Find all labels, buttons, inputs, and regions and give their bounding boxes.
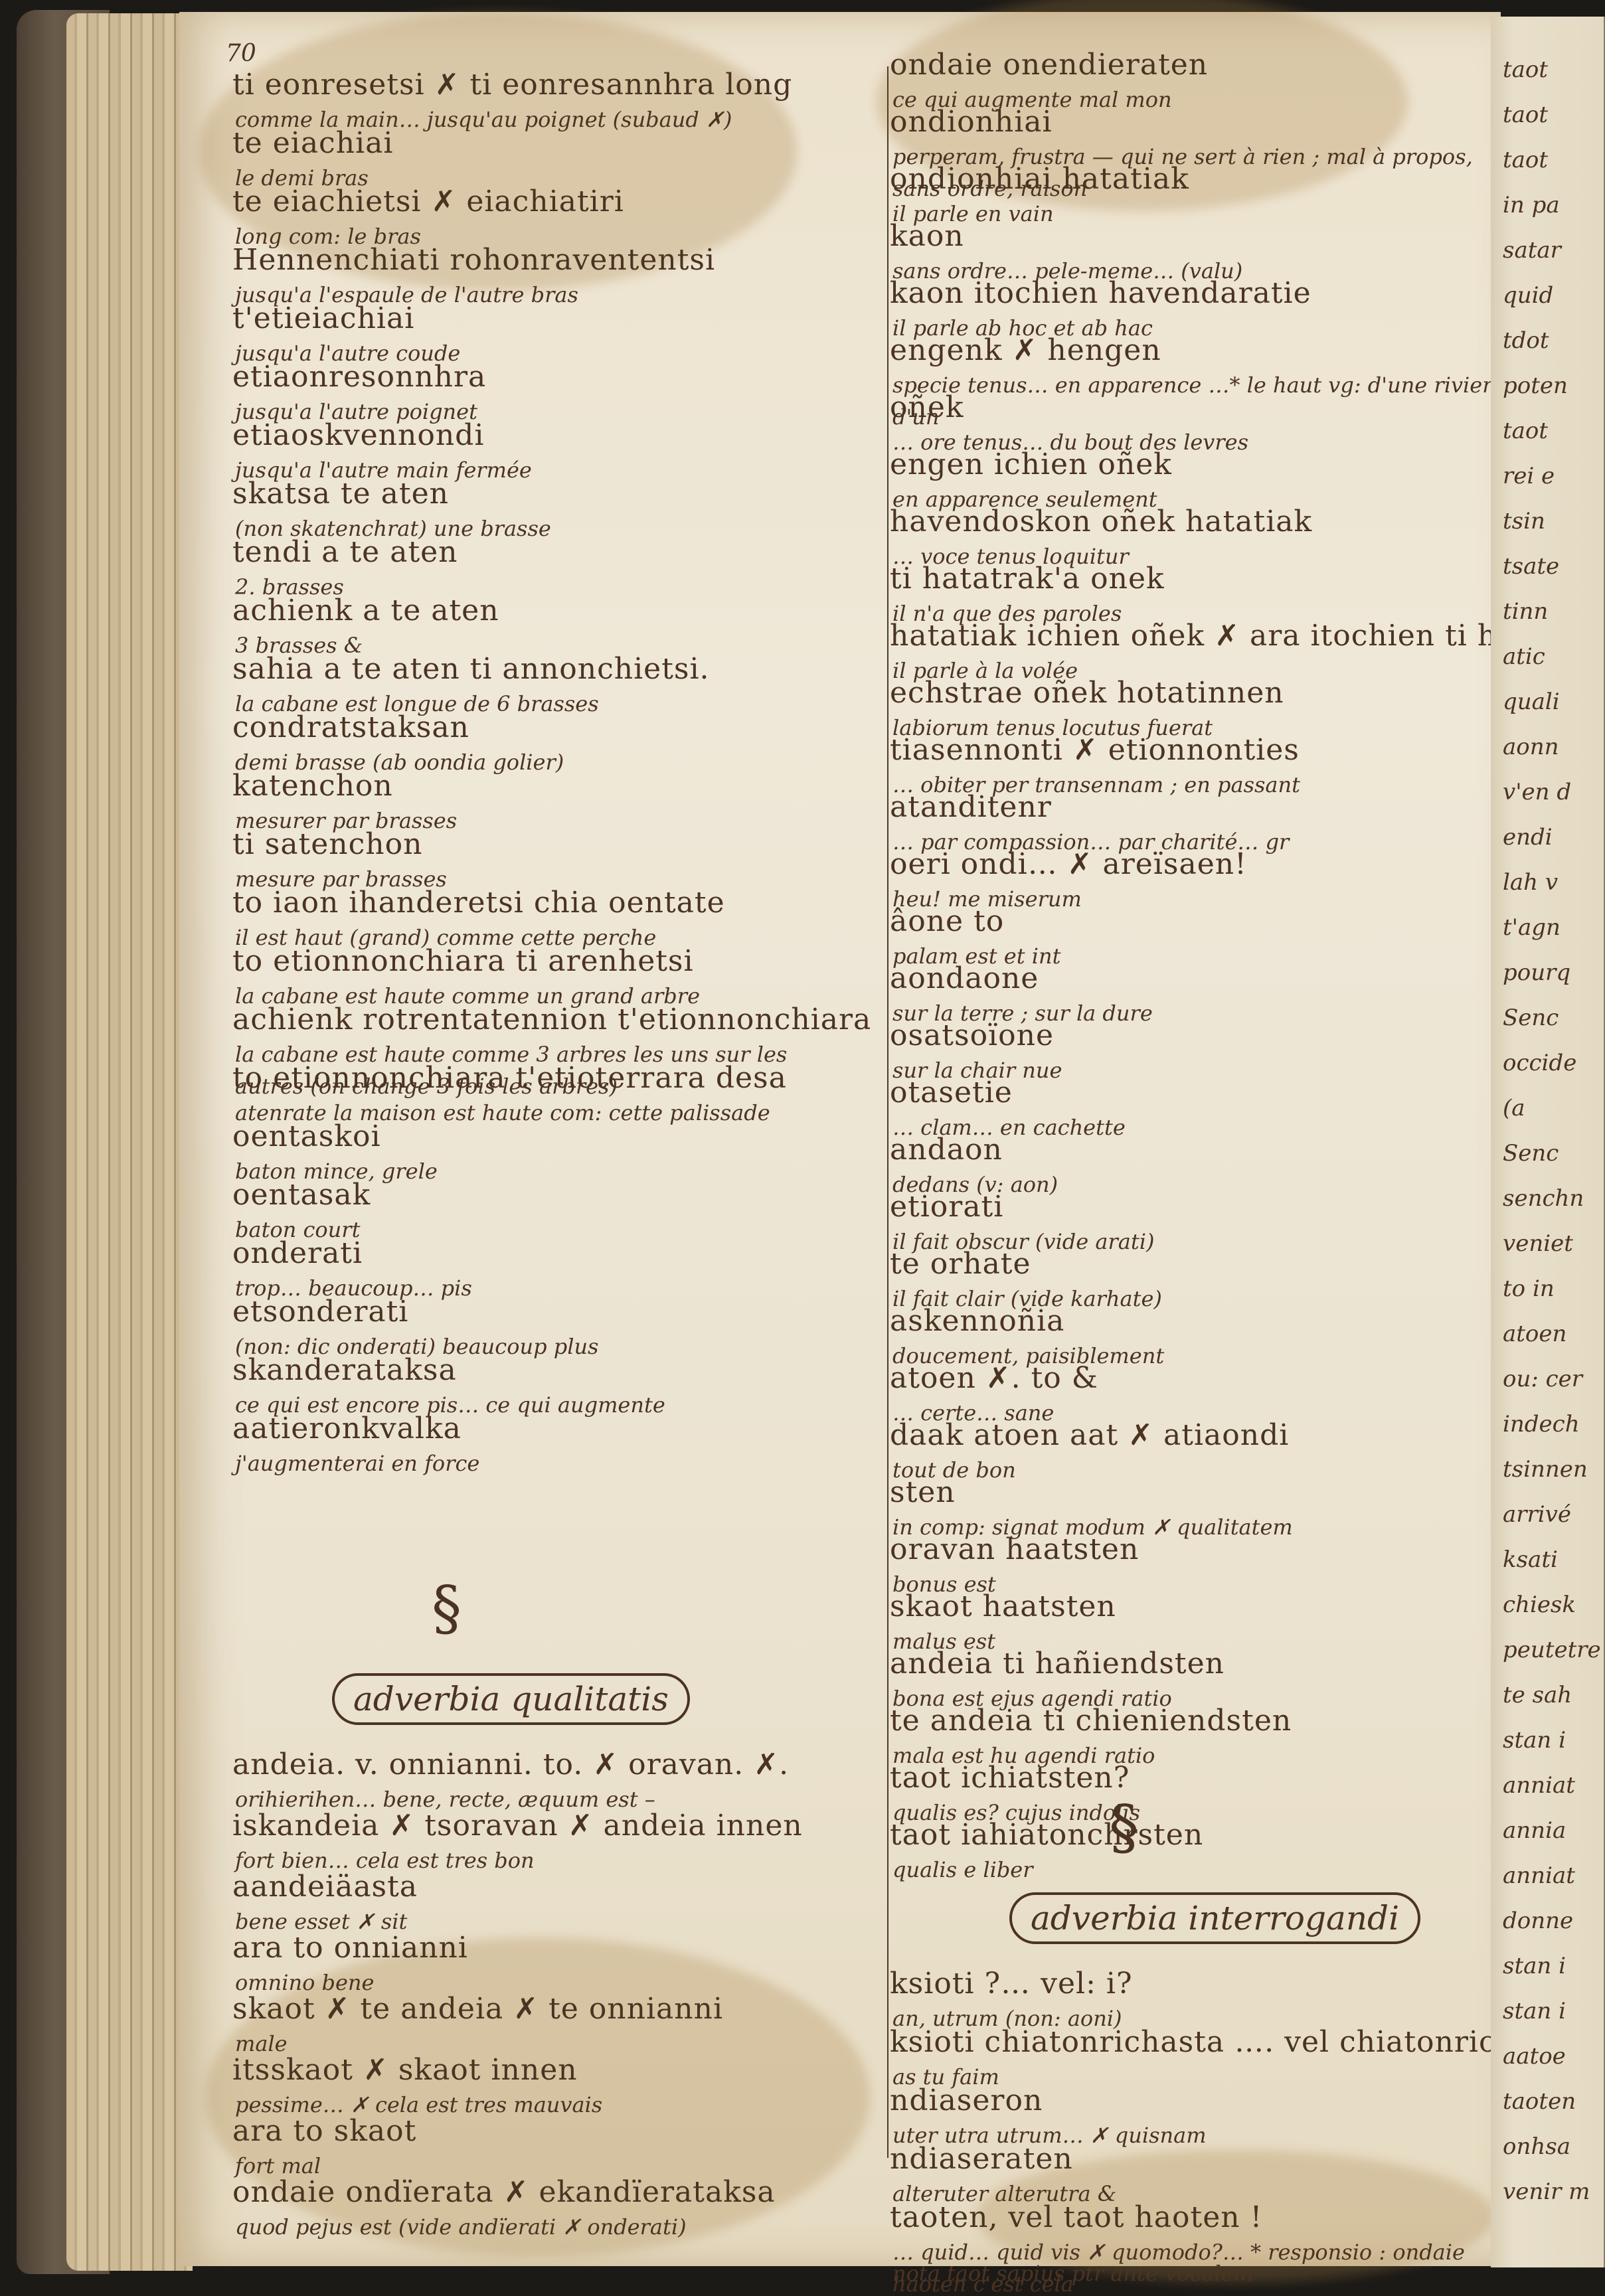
huron-term: te eiachiai [232,125,857,162]
facing-page-text-fragment: aatoe [1503,2043,1566,2070]
facing-page-text-fragment: atoen [1503,1321,1566,1347]
facing-page-text-fragment: rei e [1503,463,1555,489]
huron-term: sten [890,1474,1514,1511]
huron-term: to etionnonchiara ti arenhetsi [232,943,857,980]
huron-term: achienk a te aten [232,592,857,629]
facing-page-text-fragment: in pa [1503,192,1560,218]
facing-page-text-fragment: (a [1503,1095,1525,1121]
french-latin-gloss: nota taot sapius ptr ante vocalem [890,2257,1514,2289]
facing-page-text-fragment: v'en d [1503,779,1571,805]
manuscript-photo: 70 ti eonresetsi ✗ ti eonresannhra longc… [0,0,1605,2296]
facing-page-text-fragment: quid [1503,282,1553,309]
huron-term: oñek [890,389,1514,426]
huron-term: echstrae oñek hotatinnen [890,675,1514,712]
facing-page-text-fragment: anniat [1503,1862,1575,1889]
huron-term: atanditenr [890,789,1514,826]
facing-page-text-fragment: tdot [1503,327,1549,354]
huron-term: etiaoskvennondi [232,417,857,454]
huron-term: to iaon ihanderetsi chia oentate [232,884,857,922]
huron-term: t'etieiachiai [232,300,857,337]
dictionary-entry: ara to skaotfort mal [232,2113,857,2182]
huron-term: condratstaksan [232,709,857,746]
french-latin-gloss: j'augmenterai en force [232,1447,857,1479]
huron-term: iskandeia ✗ tsoravan ✗ andeia innen [232,1807,857,1845]
huron-term: etiaonresonnhra [232,359,857,396]
huron-term: oentasak [232,1177,857,1214]
huron-term: ondionhiai [890,104,1514,141]
huron-term: engenk ✗ hengen [890,332,1514,369]
huron-term: onderati [232,1235,857,1272]
facing-page-text-fragment: indech [1503,1411,1580,1437]
huron-term: ndiaseraten [890,2141,1514,2178]
huron-term: skanderataksa [232,1352,857,1389]
huron-term: kaon [890,218,1514,255]
huron-term: itsskaot ✗ skaot innen [232,2052,857,2089]
huron-term: taot iahiatonchrsten [890,1817,1514,1854]
dictionary-entry: iskandeia ✗ tsoravan ✗ andeia innenfort … [232,1807,857,1876]
facing-page-text-fragment: peutetre [1503,1637,1601,1663]
huron-term: te andeia ti chieniendsten [890,1702,1514,1740]
huron-term: ara to onnianni [232,1929,857,1967]
french-latin-gloss: quod pejus est (vide andïerati ✗ onderat… [232,2211,857,2243]
facing-page-text-fragment: tsin [1503,508,1545,534]
huron-term: taot ichiatsten? [890,1760,1514,1797]
huron-term: kaon itochien havendaratie [890,275,1514,312]
facing-page-text-fragment: lah v [1503,869,1558,896]
huron-term: katenchon [232,768,857,805]
huron-term: ndiaseron [890,2082,1514,2119]
huron-term: ti satenchon [232,826,857,863]
dictionary-entry: itsskaot ✗ skaot innenpessime… ✗ cela es… [232,2052,857,2121]
huron-term: havendoskon oñek hatatiak [890,503,1514,540]
huron-term: oeri ondi… ✗ areïsaen! [890,846,1514,883]
huron-term: tiasennonti ✗ etionnonties [890,732,1514,769]
facing-page-text-fragment: quali [1503,689,1560,715]
huron-term: oentaskoi [232,1118,857,1155]
huron-term: otasetie [890,1074,1514,1111]
flourish-ornament-icon: § [432,1574,462,1643]
facing-page-text-fragment: veniet [1503,1230,1573,1257]
facing-page-text-fragment: stan i [1503,1953,1566,1979]
facing-page-text-fragment: endi [1503,824,1553,851]
huron-term: andeia. v. onnianni. to. ✗ oravan. ✗. [232,1746,857,1783]
facing-page-text-fragment: occide [1503,1050,1576,1076]
huron-term: te eiachietsi ✗ eiachiatiri [232,183,857,220]
facing-page-text-fragment: t'agn [1503,914,1561,941]
facing-page-text-fragment: pourq [1503,959,1570,986]
facing-page-text-fragment: taot [1503,102,1548,128]
huron-term: skaot ✗ te andeia ✗ te onnianni [232,1991,857,2028]
facing-page-text-fragment: taoten [1503,2088,1576,2115]
dictionary-entry: ondaie ondïerata ✗ ekandïerataksaquod pe… [232,2174,857,2243]
facing-page-text-fragment: donne [1503,1908,1573,1934]
dictionary-entry: taot iahiatonchrstenqualis e liber [890,1817,1514,1886]
huron-term: ti hatatrak'a onek [890,560,1514,598]
facing-page-text-fragment: satar [1503,237,1561,264]
huron-term: ksioti ?… vel: i? [890,1965,1514,2003]
huron-term: ondaie onendieraten [890,46,1514,84]
huron-term: osatsoïone [890,1017,1514,1054]
facing-page-text-fragment: stan i [1503,1727,1566,1754]
huron-term: oravan haatsten [890,1531,1514,1568]
huron-term: ti eonresetsi ✗ ti eonresannhra long [232,66,857,104]
facing-page-text-fragment: taot [1503,418,1548,444]
huron-term: Hennenchiati rohonravententsi [232,242,857,279]
facing-page-text-fragment: senchn [1503,1185,1584,1212]
section-heading: adverbia interrogandi [1009,1892,1420,1944]
huron-term: aandeiäasta [232,1868,857,1906]
huron-term: daak atoen aat ✗ atiaondi [890,1417,1514,1454]
dictionary-entry: nota taot sapius ptr ante vocalem [890,2257,1514,2289]
huron-term: âone to [890,903,1514,940]
facing-page-strip: taottaottaotin pasatarquidtdotpotentaotr… [1491,17,1605,2267]
huron-term: ondaie ondïerata ✗ ekandïerataksa [232,2174,857,2211]
column-divider [887,66,888,2158]
huron-term: taoten, vel taot haoten ! [890,2199,1514,2236]
facing-page-text-fragment: tsate [1503,553,1559,580]
facing-page-text-fragment: to in [1503,1275,1555,1302]
facing-page-text-fragment: ksati [1503,1546,1558,1573]
huron-term: askennoñia [890,1303,1514,1340]
page-stack-edge [66,13,193,2271]
french-latin-gloss: qualis e liber [890,1854,1514,1886]
huron-term: hatatiak ichien oñek ✗ ara itochien ti h… [890,617,1514,655]
huron-term: te orhate [890,1246,1514,1283]
facing-page-text-fragment: tsinnen [1503,1456,1588,1483]
facing-page-text-fragment: Senc [1503,1005,1559,1031]
facing-page-text-fragment: poten [1503,372,1568,399]
dictionary-entry: aatieronkvalkaj'augmenterai en force [232,1410,857,1479]
right-column: ondaie onendieratence qui augmente mal m… [890,33,1487,2257]
facing-page-text-fragment: arrivé [1503,1501,1571,1528]
facing-page-text-fragment: atic [1503,643,1545,670]
facing-page-text-fragment: anniat [1503,1772,1575,1799]
huron-term: skatsa te aten [232,475,857,513]
huron-term: engen ichien oñek [890,446,1514,483]
huron-term: sahia a te aten ti annonchietsi. [232,651,857,688]
facing-page-text-fragment: taot [1503,147,1548,173]
facing-page-text-fragment: taot [1503,56,1548,83]
facing-page-text-fragment: aonn [1503,734,1559,760]
huron-term: andaon [890,1131,1514,1169]
facing-page-text-fragment: stan i [1503,1998,1566,2024]
dictionary-entry: aandeiäastabene esset ✗ sit [232,1868,857,1937]
huron-term: andeia ti hañiendsten [890,1645,1514,1682]
huron-term: to etionnonchiara t'etioterrara desa [232,1060,857,1097]
huron-term: tendi a te aten [232,534,857,571]
huron-term: skaot haatsten [890,1588,1514,1625]
huron-term: etiorati [890,1189,1514,1226]
huron-term: ara to skaot [232,2113,857,2150]
facing-page-text-fragment: ou: cer [1503,1366,1582,1392]
facing-page-text-fragment: te sah [1503,1682,1572,1708]
huron-term: ksioti chiatonrichasta …. vel chiatonric… [890,2024,1514,2061]
facing-page-text-fragment: chiesk [1503,1592,1576,1618]
huron-term: ondionhiai hatatiak [890,161,1514,198]
facing-page-text-fragment: onhsa [1503,2133,1570,2160]
facing-page-text-fragment: venir m [1503,2178,1590,2205]
facing-page-text-fragment: annia [1503,1817,1566,1844]
huron-term: etsonderati [232,1293,857,1331]
dictionary-entry: skaot ✗ te andeia ✗ te onniannimale [232,1991,857,2060]
dictionary-entry: andeia. v. onnianni. to. ✗ oravan. ✗.ori… [232,1746,857,1815]
huron-term: aondaone [890,960,1514,997]
facing-page-text-fragment: Senc [1503,1140,1559,1167]
dictionary-entry: ara to onnianniomnino bene [232,1929,857,1999]
facing-page-text-fragment: tinn [1503,598,1548,625]
flourish-ornament-icon: § [1109,1793,1139,1862]
huron-term: aatieronkvalka [232,1410,857,1447]
huron-term: atoen ✗. to & [890,1360,1514,1397]
page-number: 70 [226,40,256,67]
left-column: ti eonresetsi ✗ ti eonresannhra longcomm… [232,66,877,2224]
section-heading: adverbia qualitatis [332,1673,690,1725]
huron-term: achienk rotrentatennion t'etionnonchiara [232,1001,857,1038]
